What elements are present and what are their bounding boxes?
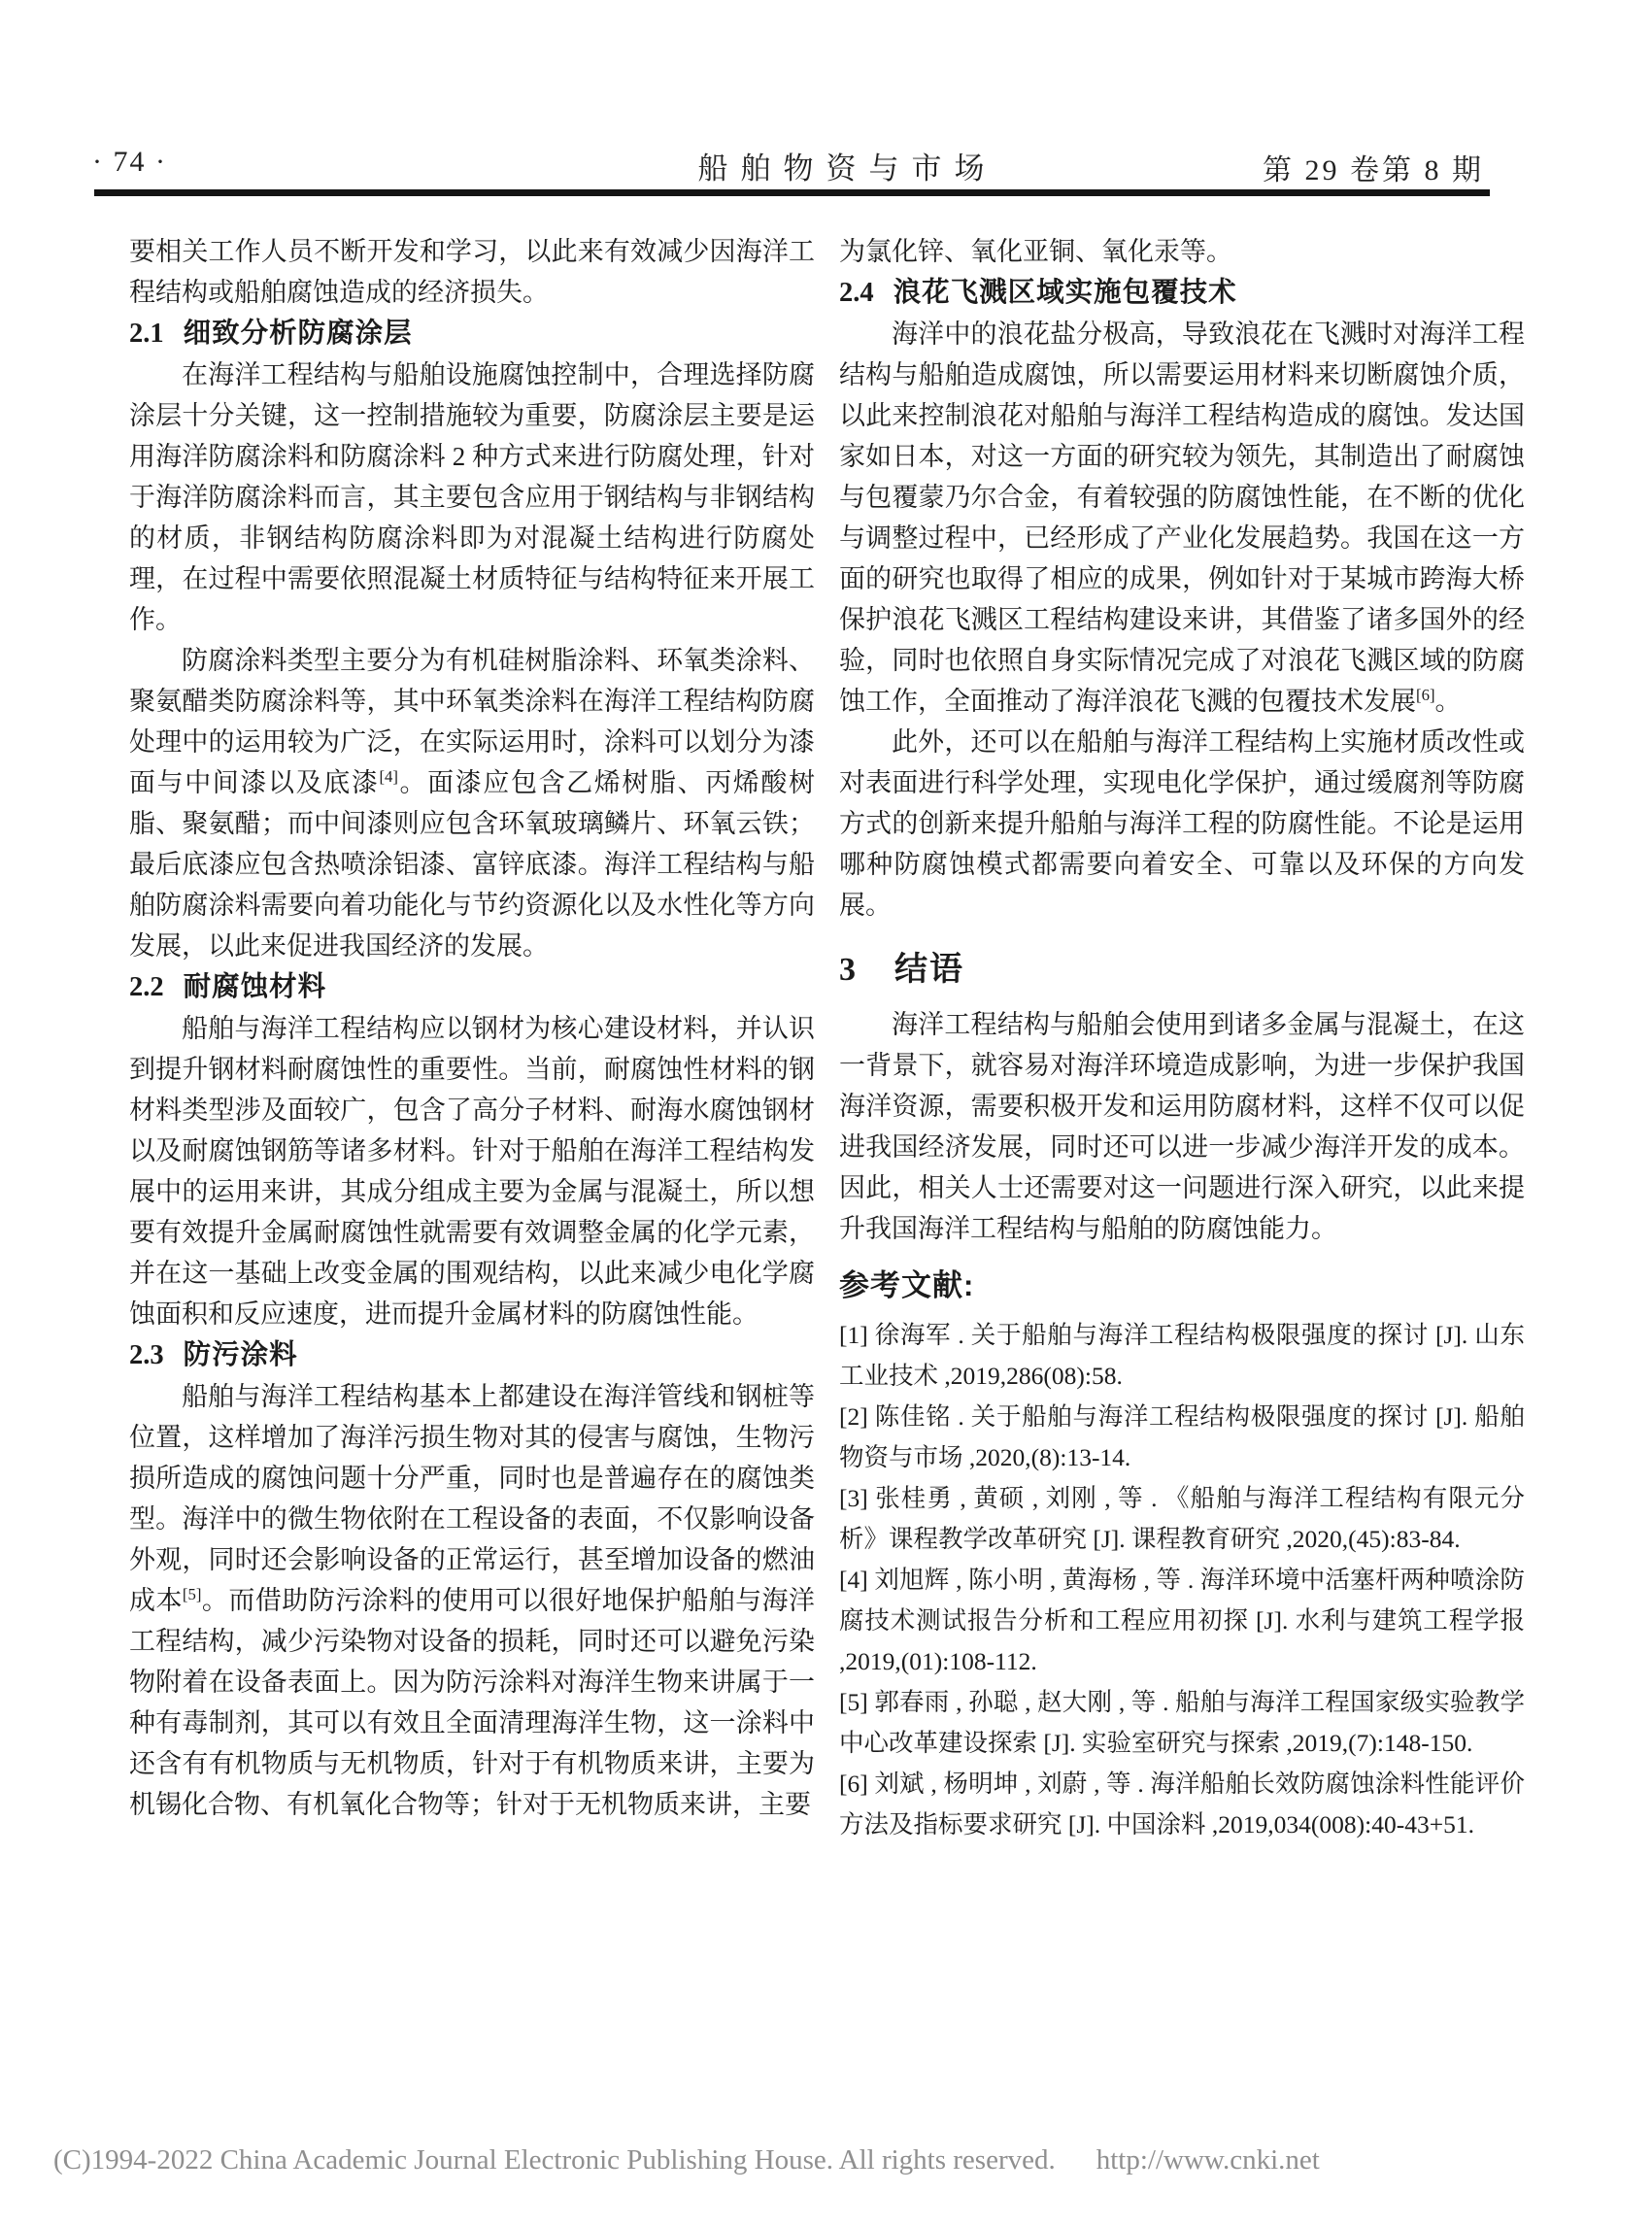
section-heading-2-3: 2.3防污涂料 [129,1334,815,1376]
references-list: [1] 徐海军 . 关于船舶与海洋工程结构极限强度的探讨 [J]. 山东工业技术… [839,1315,1525,1845]
citation-superscript: [4] [379,767,398,786]
copyright-text: (C)1994-2022 China Academic Journal Elec… [53,2144,1056,2175]
issue-label: 第 29 卷第 8 期 [1263,146,1484,188]
section-heading-2-1: 2.1细致分析防腐涂层 [129,313,815,354]
section-title: 耐腐蚀材料 [184,971,327,1002]
section-title: 细致分析防腐涂层 [184,318,413,349]
header-rule [94,189,1490,196]
section-number: 3 [839,952,856,988]
paragraph: 此外，还可以在船舶与海洋工程结构上实施材质改性或对表面进行科学处理，实现电化学保… [839,722,1525,926]
cnki-url: http://www.cnki.net [1096,2144,1320,2175]
section-title: 结语 [894,951,964,988]
section-heading-3: 3结语 [839,947,1525,993]
reference-item: [2] 陈佳铭 . 关于船舶与海洋工程结构极限强度的探讨 [J]. 船舶物资与市… [839,1397,1525,1478]
section-number: 2.2 [129,972,164,1002]
paragraph-continuation: 要相关工作人员不断开发和学习，以此来有效减少因海洋工程结构或船舶腐蚀造成的经济损… [129,231,815,313]
citation-superscript: [5] [183,1585,202,1603]
paragraph: 船舶与海洋工程结构基本上都建设在海洋管线和钢桩等位置，这样增加了海洋污损生物对其… [129,1376,815,1825]
section-heading-2-4: 2.4浪花飞溅区域实施包覆技术 [839,272,1525,314]
reference-item: [5] 郭春雨 , 孙聪 , 赵大刚 , 等 . 船舶与海洋工程国家级实验教学中… [839,1682,1525,1764]
paragraph-text: 船舶与海洋工程结构基本上都建设在海洋管线和钢桩等位置，这样增加了海洋污损生物对其… [129,1382,815,1615]
paragraph-continuation: 为氯化锌、氧化亚铜、氧化汞等。 [839,231,1525,272]
section-number: 2.3 [129,1340,164,1370]
reference-item: [6] 刘斌 , 杨明坤 , 刘蔚 , 等 . 海洋船舶长效防腐蚀涂料性能评价方… [839,1764,1525,1845]
reference-item: [1] 徐海军 . 关于船舶与海洋工程结构极限强度的探讨 [J]. 山东工业技术… [839,1315,1525,1397]
reference-item: [4] 刘旭辉 , 陈小明 , 黄海杨 , 等 . 海洋环境中活塞杆两种喷涂防腐… [839,1560,1525,1682]
references-heading: 参考文献: [839,1265,1525,1307]
paragraph: 海洋工程结构与船舶会使用到诸多金属与混凝土，在这一背景下，就容易对海洋环境造成影… [839,1004,1525,1249]
paragraph-text: 。 [1435,687,1462,716]
paragraph: 船舶与海洋工程结构应以钢材为核心建设材料，并认识到提升钢材料耐腐蚀性的重要性。当… [129,1008,815,1334]
section-heading-2-2: 2.2耐腐蚀材料 [129,966,815,1008]
paragraph: 海洋中的浪花盐分极高，导致浪花在飞溅时对海洋工程结构与船舶造成腐蚀，所以需要运用… [839,314,1525,722]
reference-item: [3] 张桂勇 , 黄硕 , 刘刚 , 等 . 《船舶与海洋工程结构有限元分析》… [839,1478,1525,1560]
paragraph: 防腐涂料类型主要分为有机硅树脂涂料、环氧类涂料、聚氨醋类防腐涂料等，其中环氧类涂… [129,640,815,966]
paragraph-text: 海洋中的浪花盐分极高，导致浪花在飞溅时对海洋工程结构与船舶造成腐蚀，所以需要运用… [839,320,1525,716]
scanned-paper-page: · 74 · 船舶物资与市场 第 29 卷第 8 期 要相关工作人员不断开发和学… [0,0,1652,2226]
paragraph: 在海洋工程结构与船舶设施腐蚀控制中，合理选择防腐涂层十分关键，这一控制措施较为重… [129,354,815,640]
section-title: 浪花飞溅区域实施包覆技术 [893,277,1237,308]
section-title: 防污涂料 [184,1339,298,1370]
section-number: 2.1 [129,319,164,349]
left-column: 要相关工作人员不断开发和学习，以此来有效减少因海洋工程结构或船舶腐蚀造成的经济损… [129,231,815,1825]
citation-superscript: [6] [1416,686,1435,704]
right-column: 为氯化锌、氧化亚铜、氧化汞等。 2.4浪花飞溅区域实施包覆技术 海洋中的浪花盐分… [839,231,1525,1845]
paragraph-text: 。而借助防污涂料的使用可以很好地保护船舶与海洋工程结构，减少污染物对设备的损耗，… [129,1586,815,1819]
section-number: 2.4 [839,278,874,308]
copyright-footer: (C)1994-2022 China Academic Journal Elec… [53,2144,1320,2176]
